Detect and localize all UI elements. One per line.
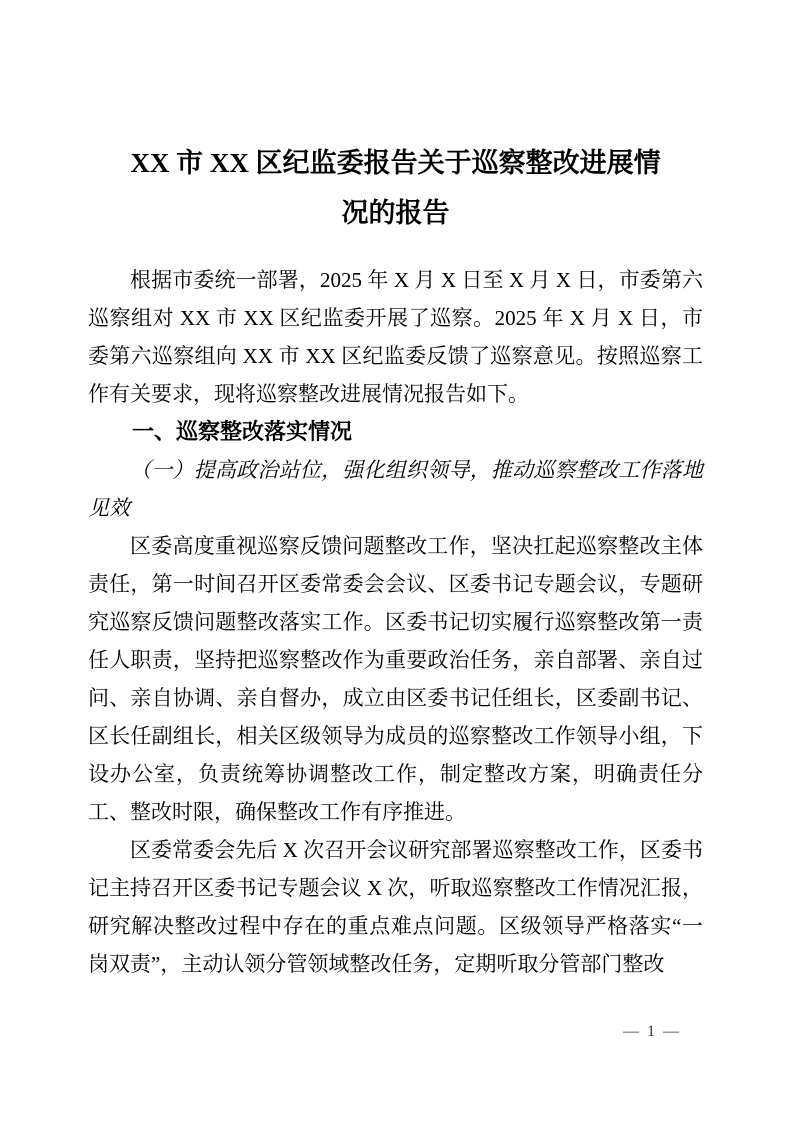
body-paragraph-2: 区委常委会先后 X 次召开会议研究部署巡察整改工作，区委书记主持召开区委书记专题… bbox=[88, 831, 703, 983]
intro-paragraph: 根据市委统一部署，2025 年 X 月 X 日至 X 月 X 日，市委第六巡察组… bbox=[88, 261, 703, 413]
subsection-heading-1-1: （一）提高政治站位，强化组织领导，推动巡察整改工作落地见效 bbox=[88, 451, 703, 527]
document-page: XX 市 XX 区纪监委报告关于巡察整改进展情况的报告 根据市委统一部署，202… bbox=[0, 0, 793, 1122]
document-title: XX 市 XX 区纪监委报告关于巡察整改进展情况的报告 bbox=[123, 138, 668, 238]
document-body: XX 市 XX 区纪监委报告关于巡察整改进展情况的报告 根据市委统一部署，202… bbox=[88, 0, 703, 983]
page-number: — 1 — bbox=[623, 1024, 681, 1040]
section-heading-1: 一、巡察整改落实情况 bbox=[88, 413, 703, 451]
body-paragraph-1: 区委高度重视巡察反馈问题整改工作，坚决扛起巡察整改主体责任，第一时间召开区委常委… bbox=[88, 527, 703, 831]
